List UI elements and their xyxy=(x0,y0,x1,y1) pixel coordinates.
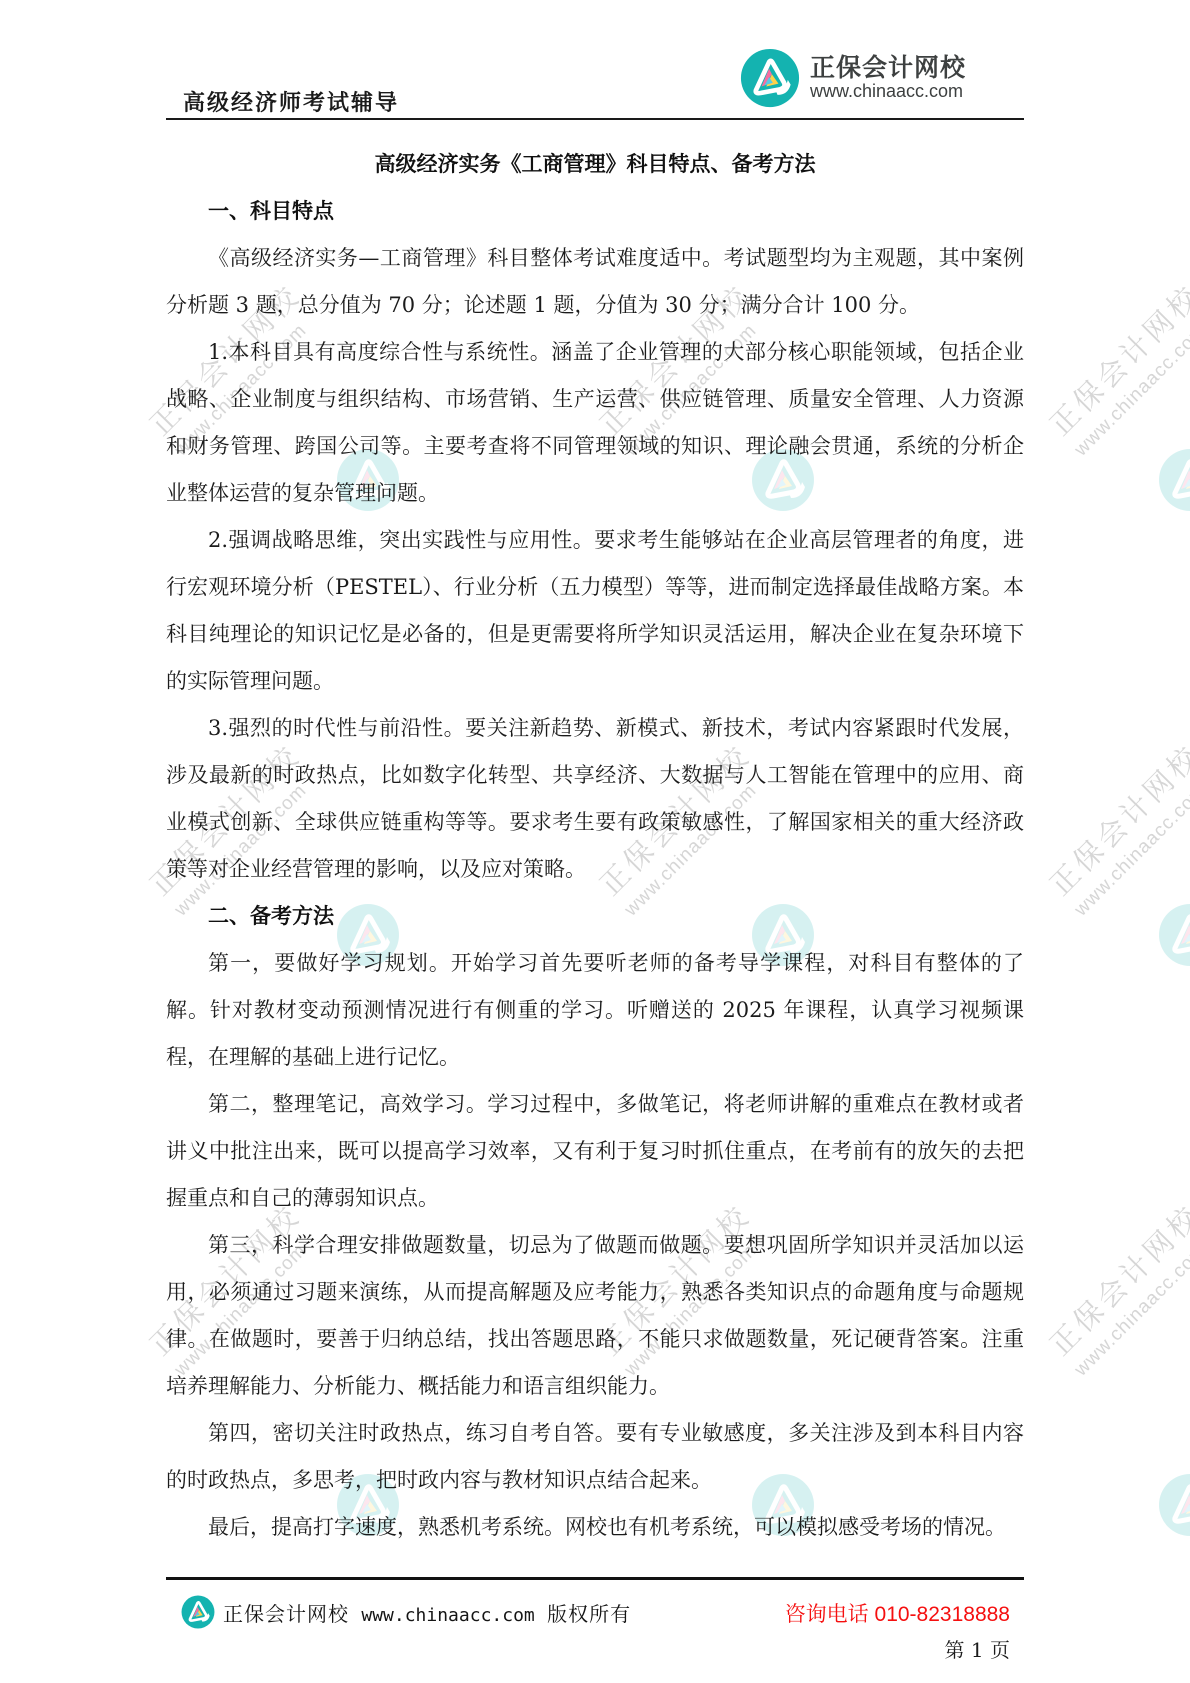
brand-url: www.chinaacc.com xyxy=(810,82,966,102)
footer-brand-url: www.chinaacc.com xyxy=(355,1605,540,1626)
watermark-text: 正保会计网校www.chinaacc.com xyxy=(1043,738,1190,922)
watermark-logo-icon xyxy=(1158,448,1190,512)
footer-brand-name: 正保会计网校 xyxy=(223,1602,349,1626)
paragraph: 最后，提高打字速度，熟悉机考系统。网校也有机考系统，可以模拟感受考场的情况。 xyxy=(166,1504,1024,1551)
footer-rights-label: 版权所有 xyxy=(547,1602,631,1626)
footer-brand-logo-icon xyxy=(181,1595,215,1629)
page-number: 第 1 页 xyxy=(945,1634,1010,1663)
watermark-text: 正保会计网校www.chinaacc.com xyxy=(1043,278,1190,462)
paragraph: 第一，要做好学习规划。开始学习首先要听老师的备考导学课程，对科目有整体的了解。针… xyxy=(166,940,1024,1081)
header-divider xyxy=(166,118,1024,120)
paragraph: 第三，科学合理安排做题数量，切忌为了做题而做题。要想巩固所学知识并灵活加以运用，… xyxy=(166,1222,1024,1410)
header-course-label: 高级经济师考试辅导 xyxy=(183,86,399,117)
brand-logo-icon xyxy=(740,48,800,108)
brand-name: 正保会计网校 xyxy=(810,54,966,83)
footer-phone: 咨询电话 010-82318888 xyxy=(785,1598,1010,1628)
section-heading: 一、科目特点 xyxy=(166,188,1024,235)
paragraph: 1.本科目具有高度综合性与系统性。涵盖了企业管理的大部分核心职能领域，包括企业战… xyxy=(166,329,1024,517)
paragraph: 3.强烈的时代性与前沿性。要关注新趋势、新模式、新技术，考试内容紧跟时代发展，涉… xyxy=(166,705,1024,893)
footer-divider xyxy=(166,1577,1024,1580)
paragraph: 第四，密切关注时政热点，练习自考自答。要有专业敏感度，多关注涉及到本科目内容的时… xyxy=(166,1410,1024,1504)
sections-container: 一、科目特点《高级经济实务—工商管理》科目整体考试难度适中。考试题型均为主观题，… xyxy=(166,188,1024,1551)
paragraph: 第二，整理笔记，高效学习。学习过程中，多做笔记，将老师讲解的重难点在教材或者讲义… xyxy=(166,1081,1024,1222)
document-page: 正保会计网校www.chinaacc.com正保会计网校www.chinaacc… xyxy=(0,0,1190,1683)
paragraph: 2.强调战略思维，突出实践性与应用性。要求考生能够站在企业高层管理者的角度，进行… xyxy=(166,517,1024,705)
header-logo: 正保会计网校 www.chinaacc.com xyxy=(740,48,966,108)
paragraph: 《高级经济实务—工商管理》科目整体考试难度适中。考试题型均为主观题，其中案例分析… xyxy=(166,235,1024,329)
watermark-logo-icon xyxy=(1158,903,1190,967)
watermark-text: 正保会计网校www.chinaacc.com xyxy=(1043,1198,1190,1382)
page-title: 高级经济实务《工商管理》科目特点、备考方法 xyxy=(166,141,1024,188)
watermark-logo-icon xyxy=(1158,1473,1190,1537)
section-heading: 二、备考方法 xyxy=(166,893,1024,940)
footer-copyright: 正保会计网校 www.chinaacc.com 版权所有 xyxy=(181,1595,631,1629)
document-body: 高级经济实务《工商管理》科目特点、备考方法 一、科目特点《高级经济实务—工商管理… xyxy=(166,141,1024,1551)
